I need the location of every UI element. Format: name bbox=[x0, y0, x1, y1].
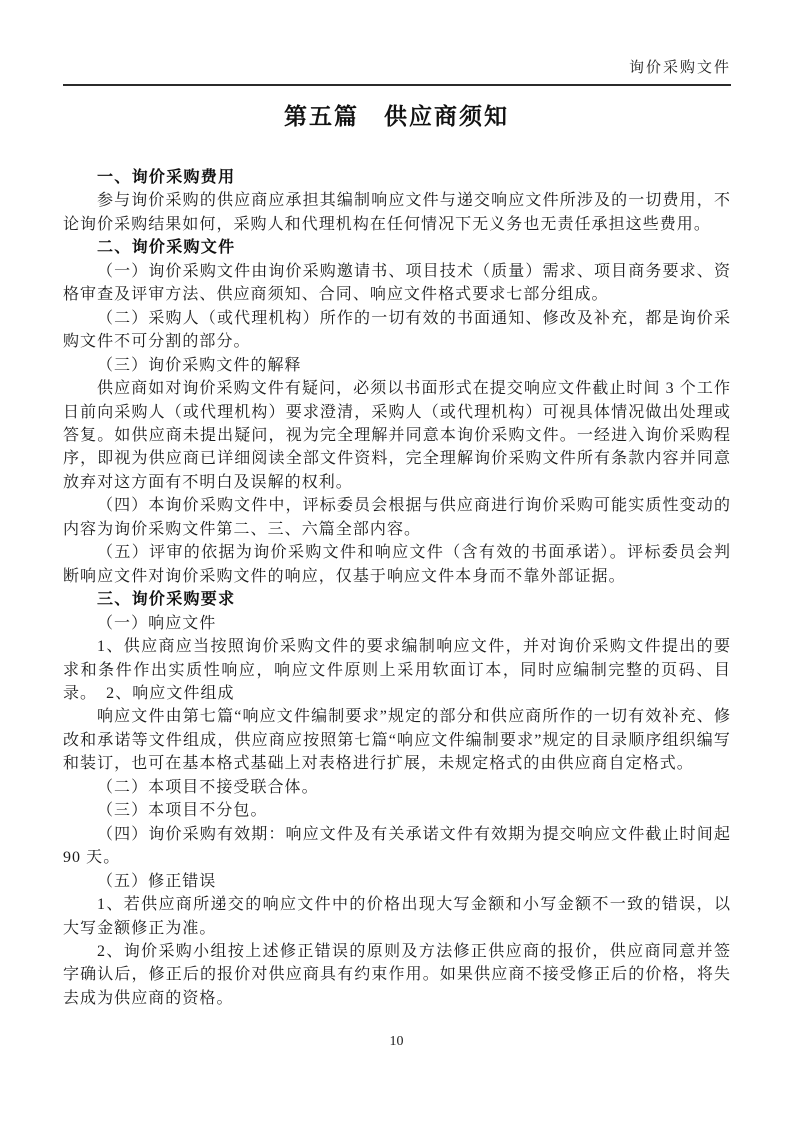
section-procurement-documents: 二、询价采购文件 （一）询价采购文件由询价采购邀请书、项目技术（质量）需求、项目… bbox=[63, 236, 731, 588]
section-heading: 一、询价采购费用 bbox=[63, 166, 731, 189]
section-procurement-fees: 一、询价采购费用 参与询价采购的供应商应承担其编制响应文件与递交响应文件所涉及的… bbox=[63, 166, 731, 236]
paragraph: 供应商如对询价采购文件有疑问，必须以书面形式在提交响应文件截止时间 3 个工作日… bbox=[63, 377, 731, 494]
document-page: 询价采购文件 第五篇 供应商须知 一、询价采购费用 参与询价采购的供应商应承担其… bbox=[0, 0, 793, 1122]
section-heading: 三、询价采购要求 bbox=[63, 588, 731, 611]
paragraph: 2、询价采购小组按上述修正错误的原则及方法修正供应商的报价，供应商同意并签字确认… bbox=[63, 940, 731, 1010]
paragraph: （三）询价采购文件的解释 bbox=[63, 354, 731, 377]
section-procurement-requirements: 三、询价采购要求 （一）响应文件 1、供应商应当按照询价采购文件的要求编制响应文… bbox=[63, 588, 731, 1010]
paragraph: （二）采购人（或代理机构）所作的一切有效的书面通知、修改及补充，都是询价采购文件… bbox=[63, 307, 731, 354]
page-title: 第五篇 供应商须知 bbox=[0, 98, 793, 131]
paragraph: （四）本询价采购文件中，评标委员会根据与供应商进行询价采购可能实质性变动的内容为… bbox=[63, 494, 731, 541]
paragraph: （二）本项目不接受联合体。 bbox=[63, 776, 731, 799]
paragraph: 参与询价采购的供应商应承担其编制响应文件与递交响应文件所涉及的一切费用，不论询价… bbox=[63, 189, 731, 236]
page-footer: 10 bbox=[0, 1034, 793, 1050]
paragraph: （五）评审的依据为询价采购文件和响应文件（含有效的书面承诺）。评标委员会判断响应… bbox=[63, 541, 731, 588]
header-rule bbox=[63, 84, 731, 86]
paragraph: （一）询价采购文件由询价采购邀请书、项目技术（质量）需求、项目商务要求、资格审查… bbox=[63, 260, 731, 307]
page-number: 10 bbox=[390, 1034, 404, 1049]
paragraph: （一）响应文件 bbox=[63, 612, 731, 635]
paragraph: （三）本项目不分包。 bbox=[63, 799, 731, 822]
paragraph: （五）修正错误 bbox=[63, 870, 731, 893]
header-doc-type-label: 询价采购文件 bbox=[629, 56, 731, 77]
paragraph: （四）询价采购有效期：响应文件及有关承诺文件有效期为提交响应文件截止时间起 90… bbox=[63, 823, 731, 870]
document-body: 一、询价采购费用 参与询价采购的供应商应承担其编制响应文件与递交响应文件所涉及的… bbox=[63, 166, 731, 1010]
paragraph: 1、供应商应当按照询价采购文件的要求编制响应文件，并对询价采购文件提出的要求和条… bbox=[63, 635, 731, 705]
paragraph: 1、若供应商所递交的响应文件中的价格出现大写金额和小写金额不一致的错误，以大写金… bbox=[63, 893, 731, 940]
section-heading: 二、询价采购文件 bbox=[63, 236, 731, 259]
paragraph: 响应文件由第七篇“响应文件编制要求”规定的部分和供应商所作的一切有效补充、修改和… bbox=[63, 705, 731, 775]
